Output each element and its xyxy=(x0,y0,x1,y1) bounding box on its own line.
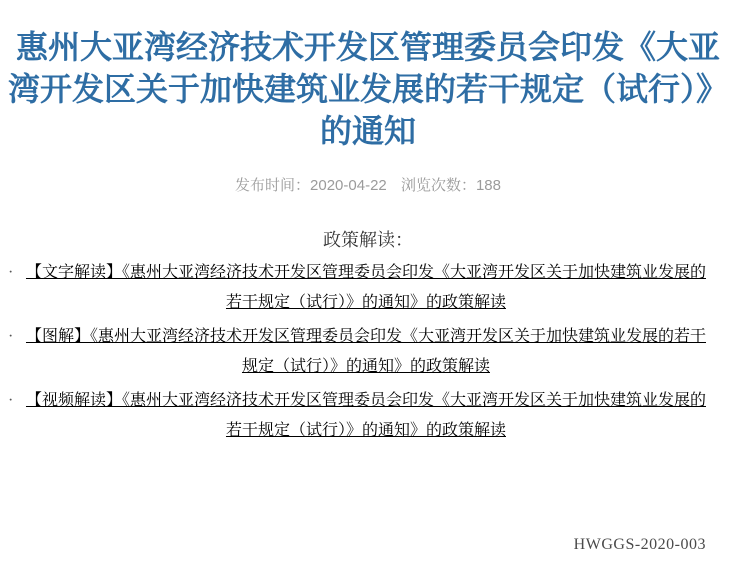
list-bullet-icon: · xyxy=(8,322,13,352)
publish-time-label: 发布时间： xyxy=(235,177,310,194)
policy-link-row-text: · 【文字解读】《惠州大亚湾经济技术开发区管理委员会印发《大亚湾开发区关于加快建… xyxy=(0,258,736,318)
policy-links-list: · 【文字解读】《惠州大亚湾经济技术开发区管理委员会印发《大亚湾开发区关于加快建… xyxy=(0,258,736,446)
policy-interpretation-heading: 政策解读： xyxy=(0,227,736,253)
policy-link-graphic-interpretation[interactable]: 【图解】《惠州大亚湾经济技术开发区管理委员会印发《大亚湾开发区关于加快建筑业发展… xyxy=(26,328,706,375)
views-count: 188 xyxy=(476,177,501,194)
policy-link-row-video: · 【视频解读】《惠州大亚湾经济技术开发区管理委员会印发《大亚湾开发区关于加快建… xyxy=(0,386,736,446)
list-bullet-icon: · xyxy=(8,386,13,416)
policy-link-text-interpretation[interactable]: 【文字解读】《惠州大亚湾经济技术开发区管理委员会印发《大亚湾开发区关于加快建筑业… xyxy=(26,264,706,311)
article-page: 惠州大亚湾经济技术开发区管理委员会印发《大亚湾开发区关于加快建筑业发展的若干规定… xyxy=(0,0,736,584)
policy-link-row-graphic: · 【图解】《惠州大亚湾经济技术开发区管理委员会印发《大亚湾开发区关于加快建筑业… xyxy=(0,322,736,382)
views-group: 浏览次数：188 xyxy=(401,177,501,194)
views-label: 浏览次数： xyxy=(401,177,476,194)
publish-time-value: 2020-04-22 xyxy=(310,177,387,194)
article-meta: 发布时间：2020-04-22 浏览次数：188 xyxy=(0,176,736,196)
list-bullet-icon: · xyxy=(8,258,13,288)
page-title: 惠州大亚湾经济技术开发区管理委员会印发《大亚湾开发区关于加快建筑业发展的若干规定… xyxy=(8,26,728,152)
policy-link-video-interpretation[interactable]: 【视频解读】《惠州大亚湾经济技术开发区管理委员会印发《大亚湾开发区关于加快建筑业… xyxy=(26,392,706,439)
document-number: HWGGS-2020-003 xyxy=(574,536,706,554)
